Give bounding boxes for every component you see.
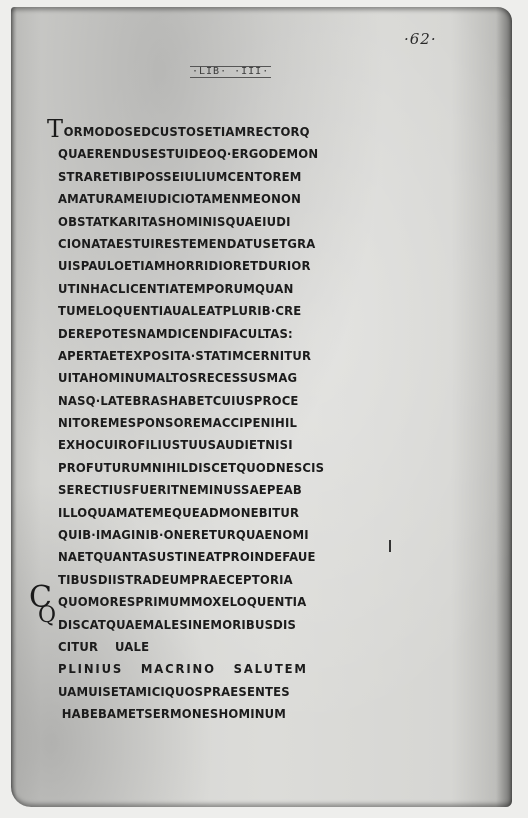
text-line: OBSTATKARITASHOMINISQUAEIUDI: [58, 211, 365, 233]
margin-mark: [389, 540, 391, 552]
running-head: ·LIB· ·III·: [190, 66, 271, 78]
text-line: ILLOQUAMATEMEQUEADMONEBITUR: [58, 502, 365, 524]
decorated-initial-q: Q: [38, 603, 56, 628]
text-line: HABEBAMETSERMONESHOMINUM: [58, 703, 365, 725]
text-line: UTINHACLICENTIATEMPORUMQUAN: [58, 278, 365, 300]
text-line: QUOMORESPRIMUMMOXELOQUENTIA: [58, 591, 365, 613]
text-line: CITUR UALE: [58, 636, 365, 658]
text-line: TIBUSDIISTRADEUMPRAECEPTORIA: [58, 569, 365, 591]
text-line: NITOREMESPONSOREMACCIPENIHIL: [58, 412, 365, 434]
text-line: DISCATQUAEMALESINEMORIBUSDIS: [58, 614, 365, 636]
text-line: CIONATAESTUIRESTEMENDATUSETGRA: [58, 233, 365, 255]
text-line: UITAHOMINUMALTOSRECESSUSMAG: [58, 367, 365, 389]
letter-heading-line: PLINIUS MACRINO SALUTEM: [58, 658, 365, 680]
text-line: ORMODOSEDCUSTOSETIAMRECTORQ: [58, 121, 365, 143]
text-line: SERECTIUSFUERITNEMINUSSAEPEAB: [58, 479, 365, 501]
text-line: PROFUTURUMNIHILDISCETQUODNESCIS: [58, 457, 365, 479]
text-line: TUMELOQUENTIAUALEATPLURIB·CRE: [58, 300, 365, 322]
text-line: NAETQUANTASUSTINEATPROINDEFAUE: [58, 546, 365, 568]
text-line: NASQ·LATEBRASHABETCUIUSPROCE: [58, 390, 365, 412]
text-line: DEREPOTESNAMDICENDIFACULTAS:: [58, 323, 365, 345]
folio-number: ·62·: [404, 30, 437, 48]
text-line: EXHOCUIROFILIUSTUUSAUDIETNISI: [58, 434, 365, 456]
manuscript-text-block: ORMODOSEDCUSTOSETIAMRECTORQ QUAERENDUSES…: [58, 121, 388, 726]
text-line: QUIB·IMAGINIB·ONERETURQUAENOMI: [58, 524, 365, 546]
text-line: QUAERENDUSESTUIDEOQ·ERGODEMON: [58, 143, 365, 165]
text-line: UAMUISETAMICIQUOSPRAESENTES: [58, 681, 365, 703]
text-line: AMATURAMEIUDICIOTAMENMEONON: [58, 188, 365, 210]
text-line: STRARETIBIPOSSEIULIUMCENTOREM: [58, 166, 365, 188]
text-line: UISPAULOETIAMHORRIDIORETDURIOR: [58, 255, 365, 277]
text-line: APERTAETEXPOSITA·STATIMCERNITUR: [58, 345, 365, 367]
